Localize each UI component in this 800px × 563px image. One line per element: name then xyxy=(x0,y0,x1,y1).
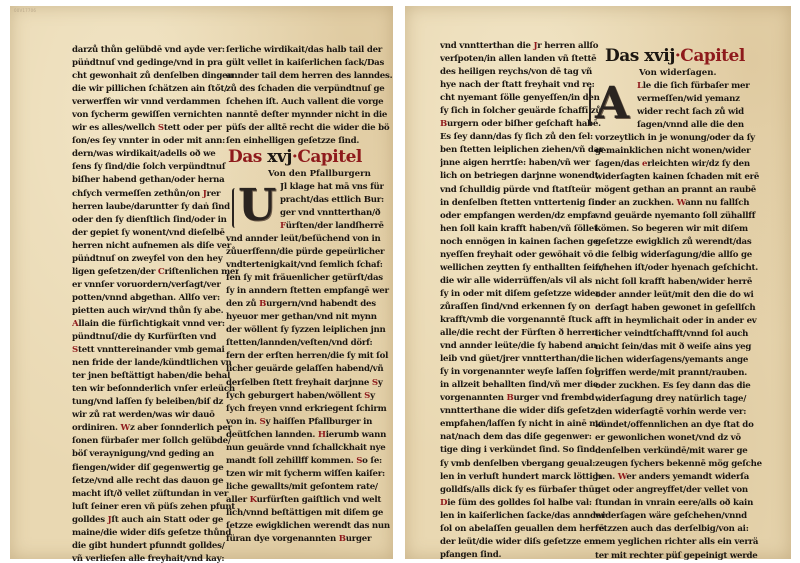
text-line: gült vellet in kaiſerlichen ſack/Das xyxy=(226,57,392,70)
rubricated-letter: S xyxy=(72,345,78,355)
text-line: Jl klage hat mā vns für xyxy=(280,181,384,194)
rubricated-letter: J xyxy=(533,41,537,51)
chapter-subhead: Von widerſagen. xyxy=(639,68,717,78)
text-line: widerſagung drey natürlich tage/ xyxy=(595,393,762,406)
text-line: widerſagten kainen ſchaden mit erē xyxy=(595,171,762,184)
text-line: des heiligen reychs/von dē tag vñ xyxy=(440,66,606,79)
text-line: griffen werde/mit prannt/rauben. xyxy=(595,367,762,380)
text-line: Fürſten/der landſherrē xyxy=(280,220,384,233)
text-line: vnntterthane die wider diſs geſetz xyxy=(440,405,606,418)
text-line: vnd annder leüt/beſüchend von in xyxy=(226,233,390,246)
text-line: ter mit rechter püſ gepeinigt werde xyxy=(595,550,762,563)
left-page: 00V17706 darzů thůn gelübdē vnd ayde ver… xyxy=(10,6,393,559)
text-line: vermeſſen/wid yemanz xyxy=(637,93,750,106)
text-line: oder empfangen werden/dz empfa xyxy=(440,210,606,223)
text-line: ſens ſy ſind/die ſolch verpündtnuſ xyxy=(72,161,239,174)
text-line: liche gewallts/mit geſontem rate/ xyxy=(226,481,390,494)
rubricated-letter: W xyxy=(677,198,686,208)
text-line: püṅdtnuſ on zweyfel von den hey xyxy=(72,253,239,266)
rubricated-letter: S xyxy=(158,123,164,133)
text-line: wir zů rat werden/was wir dauō xyxy=(72,409,239,422)
text-line: aller Kurfürſten gaiſtlich vnd welt xyxy=(226,494,390,507)
text-line: Burgern oder biſher geſchaft habē. xyxy=(440,118,606,131)
text-line: ſon/es ſey vnnter in oder mit ann: xyxy=(72,135,239,148)
text-line: ben ſtetten leiplichen ziehen/vñ dar xyxy=(440,144,606,157)
text-line: ſagen/vnnd alle die den xyxy=(637,119,750,132)
text-line: licher geuärde gelaſſen habend/vñ xyxy=(226,363,390,376)
text-line: nem yeglichen richter alls ein verrä xyxy=(595,536,762,549)
text-line: vnd vnntterthan die Jr herren allſo xyxy=(440,40,606,53)
left-column-1: darzů thůn gelübdē vnd ayde ver:püṅdtnuſ… xyxy=(72,44,239,563)
text-line: füran dye vorgenannten Burger xyxy=(226,533,390,546)
text-line: oder an zuckhen. Wann nu fallſch xyxy=(595,197,762,210)
text-line: wellichen zeytten ſy enthallten ſein/ xyxy=(440,262,606,275)
heading-prefix: Das xyxy=(228,147,267,167)
text-line: derſelben ſtett freyhait darjnne Sy xyxy=(226,377,390,390)
text-line: die wir pillichen ſchätzen ain ſtőt/ xyxy=(72,83,239,96)
text-line: nicht ſoll krafft haben/wider herrē xyxy=(595,276,762,289)
text-line: ſy in vorgenannter weyſe laſſen ſol xyxy=(440,366,606,379)
right-column-2-bottom: vorzeytlich in je wonung/oder da ſygemai… xyxy=(595,132,762,563)
text-line: len in verluſt hundert marck löttigs xyxy=(440,471,606,484)
text-line: geſetzze ewigklich zů werendt/das xyxy=(595,236,762,249)
text-line: von ſycherm gewiſſen vernichten xyxy=(72,109,239,122)
text-line: der leüt/die wider diſs geſetzze em: xyxy=(440,536,606,549)
text-line: herren laube/daruntter ſy daṅ ſind xyxy=(72,201,239,214)
text-line: ſy vmb denſelben vbergang geual: xyxy=(440,458,606,471)
text-line: hen. Wer anders yemandt widerſa xyxy=(595,471,762,484)
text-line: dern/was wirdikait/adells oð we xyxy=(72,148,239,161)
text-line: jnne aigen herrtſe: haben/vñ wer xyxy=(440,157,606,170)
rubricated-letter: B xyxy=(339,534,346,544)
chapter-heading-xvj: Das xvj·Capitel xyxy=(228,147,362,167)
text-line: ſych freyen vnnd erkriegent ſchirm xyxy=(226,403,390,416)
text-line: ſtetten/lannden/veſten/vnd dörf: xyxy=(226,337,390,350)
text-line: licher veindtſchafft/vnnd ſol auch xyxy=(595,328,762,341)
text-line: noch ennögen in kainen ſachen ge: xyxy=(440,236,606,249)
text-line: er vnnſer voruordern/verſagt/ver xyxy=(72,279,239,292)
text-line: nanntē deſter mynnder nicht in die xyxy=(226,109,392,122)
text-line: ſy in oder mit diſem geſetzze wider xyxy=(440,288,606,301)
heading-word: Capitel xyxy=(297,147,362,167)
text-line: in denſelben ſtetten vnttertenig ſind xyxy=(440,197,606,210)
text-line: ſych geburgert haben/wöllent Sy xyxy=(226,390,390,403)
text-line: Die ſüm des golldes ſol halbe val: xyxy=(440,497,606,510)
text-line: ſy in anndern ſtetten empfangē wer xyxy=(226,285,390,298)
text-line: zůuerſfenn/die pürde gepeürlicher xyxy=(226,246,390,259)
heading-word: Capitel xyxy=(680,46,745,66)
left-column-2-top: ſerliche wirdikait/das halb tail dergült… xyxy=(226,44,392,148)
text-line: nicht ſein/das mit ð weiſe ains yeg xyxy=(595,341,762,354)
text-line: er gewonlichen wonet/vnd dz vō xyxy=(595,432,762,445)
text-line: ger vnd vnntterthan/ð xyxy=(280,207,384,220)
text-line: chſych vermeſſen zethůn/on Jrer xyxy=(72,188,239,201)
text-line: püſs der alltē recht die wider die bö xyxy=(226,122,392,135)
rubricated-letter: W xyxy=(121,423,130,433)
text-line: vorzeytlich in je wonung/oder da ſy xyxy=(595,132,762,145)
text-line: deütſchen lannden. Hierumb wann xyxy=(226,429,390,442)
text-line: ſchehen iſt/oder hyenach geſchicht. xyxy=(595,262,762,275)
text-line: pfangen ſind. xyxy=(440,549,606,562)
text-line: krafft/vmb die vorgenanntē ſtuck xyxy=(440,314,606,327)
rubricated-letter: J xyxy=(108,515,112,525)
text-line: herren nicht aufnemen als diſe ver xyxy=(72,240,239,253)
text-line: mögent gethan an prannt an raubē xyxy=(595,184,762,197)
text-line: die gibt hundert pfunndt golldes/ xyxy=(72,540,239,553)
text-line: fiengen/wider diſ gegenwertig ge xyxy=(72,462,239,475)
text-line: in allzeit behallten ſind/vñ mer die xyxy=(440,379,606,392)
text-line: ſol on abelaſſen geuallen dem herrē xyxy=(440,523,606,536)
text-line: von in. Sy haiſſen Pfallburger in xyxy=(226,416,390,429)
text-line: nat/nach dem das diſe gegenwer: xyxy=(440,431,606,444)
rubricated-letter: S xyxy=(259,417,265,427)
rubricated-letter: B xyxy=(259,299,266,309)
text-line: ſagen/das erleichten wir/dz ſy den xyxy=(595,158,762,171)
text-line: luſt ſeiner eren vñ püſs zehen pfunt xyxy=(72,501,239,514)
text-line: püṅdtnuſ vnd gedinge/vnd in pra xyxy=(72,57,239,70)
text-line: Lle die ſich fürbaſer mer xyxy=(637,80,750,93)
text-line: nen fride der lande/kündtlichen vn xyxy=(72,357,239,370)
rubricated-letter: D xyxy=(440,498,447,508)
text-line: ordiniren. Wz aber ſonnderlich per xyxy=(72,422,239,435)
rubricated-letter: H xyxy=(318,430,326,440)
text-line: potten/vnnd abgethan. Allſo ver: xyxy=(72,292,239,305)
heading-numeral: xvij xyxy=(644,46,675,66)
text-line: ſetze/vnd alle recht das dauon ge xyxy=(72,475,239,488)
text-line: oder zuckhen. Es ſey dann das die xyxy=(595,380,762,393)
text-line: die ſelbig widerſagung/die allſo ge xyxy=(595,249,762,262)
chapter-subhead: Von den Pfallburgern xyxy=(268,169,371,179)
text-line: ſy ſich in ſolcher geuärde ſchaffī zů xyxy=(440,105,606,118)
chapter-heading-xvij: Das xvij·Capitel xyxy=(605,46,745,66)
rubricated-letter: F xyxy=(280,221,286,231)
text-line: vnd ſchulldig pürde vnd ſtatſteür xyxy=(440,184,606,197)
text-line: verſpoten/in allen landen vñ ſtettē xyxy=(440,53,606,66)
text-line: cht gewonhait zů denſelben dingen xyxy=(72,70,239,83)
text-line: alle/die recht der Fürſten ð herren xyxy=(440,327,606,340)
text-line: leib vnd güet/jrer vnntterthan/die xyxy=(440,353,606,366)
rubricated-letter: C xyxy=(158,267,165,277)
text-line: oder annder leüt/mit den die do wi xyxy=(595,289,762,302)
text-line: wir es alles/wellch Stett oder per xyxy=(72,122,239,135)
text-line: nyeſſen freyhait oder gewōhait vō xyxy=(440,249,606,262)
text-line: verwerffen wir vnnd verdammen xyxy=(72,96,239,109)
text-line: lich/vnnd beſtättigen mit diſem ge xyxy=(226,507,390,520)
text-line: pietten auch wir/vnd thůn ſy abe. xyxy=(72,305,239,318)
text-line: mandt ſoll zehillff kommen. So ſe: xyxy=(226,455,390,468)
text-line: fern der erſten herren/die ſy mit ſol xyxy=(226,350,390,363)
text-line: Allain die fürſichtigkait vnnd ver: xyxy=(72,318,239,331)
text-line: kömen. So begeren wir mit diſem xyxy=(595,223,762,236)
right-column-1: vnd vnntterthan die Jr herren allſoverſp… xyxy=(440,40,606,562)
text-line: oder den ſy dienſtlich ſind/oder in xyxy=(72,214,239,227)
text-line: darzů thůn gelübdē vnd ayde ver: xyxy=(72,44,239,57)
text-line: nun geuärde vnnd ſchallckhait nye xyxy=(226,442,390,455)
text-line: vorgenannten Burger vnd frembd xyxy=(440,392,606,405)
text-line: len in kaiſerlichen ſacke/das annder xyxy=(440,510,606,523)
text-line: böſ veraynigung/vnd geding an xyxy=(72,448,239,461)
text-line: maine/die wider diſs geſetze thůnd xyxy=(72,527,239,540)
text-line: tige ding i verkündet ſind. So ſind xyxy=(440,444,606,457)
text-line: vñ verlieſen alle freyhait/vnd kay: xyxy=(72,553,239,563)
rubricated-letter: S xyxy=(356,456,362,466)
text-line: ſchehen iſt. Auch vallent die vorge xyxy=(226,96,392,109)
rubricated-letter: K xyxy=(250,495,257,505)
text-line: annder tail dem herren des lanndes. xyxy=(226,70,392,83)
text-line: ſerliche wirdikait/das halb tail der xyxy=(226,44,392,57)
text-line: tung/vnd laſſen ſy beleiben/biſ dz xyxy=(72,396,239,409)
text-line: tzen wir mit ſycherm wiſſen kaiſer: xyxy=(226,468,390,481)
text-line: lichen widerſagens/yemants ange xyxy=(595,354,762,367)
rubricated-letter: B xyxy=(440,119,447,129)
rubricated-letter: e xyxy=(642,159,647,169)
text-line: ſtundan in vnrain eere/alls oð kain xyxy=(595,497,762,510)
left-column-2-bottom: vnd annder leüt/beſüchend von inzůuerſfe… xyxy=(226,233,390,546)
text-line: zůraſſen ſind/vnd erkennen ſy on xyxy=(440,301,606,314)
text-line: golldes Jſt auch ain Statt oder ge xyxy=(72,514,239,527)
heading-numeral: xvj xyxy=(267,147,292,167)
text-line: ſonen fürbaſer mer ſollch gelübde/ xyxy=(72,435,239,448)
text-line: golldſs/alls dick ſy es fürbaſer thūn xyxy=(440,484,606,497)
text-line: empfahen/laſſen ſy nicht in ainē mo xyxy=(440,418,606,431)
text-line: ſetzzen auch das derſelbig/von ai: xyxy=(595,523,762,536)
rubricated-letter: B xyxy=(506,393,513,403)
text-line: pracht/das ettlich Bur: xyxy=(280,194,384,207)
text-line: afft in heymlichait oder in ander ev xyxy=(595,315,762,328)
text-line: hye nach der ſtatt freyhait vnd re: xyxy=(440,79,606,92)
text-line: macht iſt/ð vellet züſtundan in ver xyxy=(72,488,239,501)
text-line: vnd annder leüte/die ſy habend an xyxy=(440,340,606,353)
decorated-initial-a: A xyxy=(595,82,629,126)
text-line: hen ſoll kain krafft haben/vñ ſöllet xyxy=(440,223,606,236)
text-line: pündtnuſ/die dy Kurfürſten vnd xyxy=(72,331,239,344)
text-line: zů des ſchaden die verpündtnuſ ge xyxy=(226,83,392,96)
decorated-initial-u: U xyxy=(238,184,276,228)
text-line: Stett vnnttereinander vmb gemai xyxy=(72,344,239,357)
rubricated-letter: S xyxy=(364,391,370,401)
text-line: gemainklichen nicht wonen/wider xyxy=(595,145,762,158)
rubricated-letter: L xyxy=(637,81,643,91)
text-line: der wöllent ſy ſyzzen leiplichen jnn xyxy=(226,324,390,337)
text-line: kündet/offennlichen an dye ſtat do xyxy=(595,419,762,432)
text-line: cht nyemant ſölle genyeſſen/in den xyxy=(440,92,606,105)
right-column-2-indented: Lle die ſich fürbaſer mervermeſſen/wid y… xyxy=(637,80,750,132)
text-line: den zů Burgern/vnd habendt des xyxy=(226,298,390,311)
text-line: ten wir beſonnderlich vnſer erleüch xyxy=(72,383,239,396)
catalog-mark: 00V17706 xyxy=(14,8,36,13)
text-line: widerſagen wäre geſchehen/vnnd xyxy=(595,510,762,523)
text-line: vnd geuärde nyemanto ſoll zühallff xyxy=(595,210,762,223)
text-line: lich on betriegen darjnne wonendt xyxy=(440,170,606,183)
rubricated-letter: J xyxy=(203,189,207,199)
text-line: zeugen ſychers bekennē mög geſche xyxy=(595,458,762,471)
text-line: ſetzze ewigklichen werendt das nun xyxy=(226,520,390,533)
text-line: get oder angreyffet/der vellet von xyxy=(595,484,762,497)
right-page: vnd vnntterthan die Jr herren allſoverſp… xyxy=(405,6,791,559)
text-line: wider recht ſach zů wid xyxy=(637,106,750,119)
rubricated-letter: A xyxy=(72,319,78,329)
left-column-2-indented: Jl klage hat mā vns fürpracht/das ettlic… xyxy=(280,181,384,233)
text-line: der gepiet ſy wonent/vnd dieſelbē xyxy=(72,227,239,240)
text-line: vndtertenigkait/vnd ſemlich ſchaf: xyxy=(226,259,390,272)
text-line: denſelben verkündē/mit warer ge xyxy=(595,445,762,458)
text-line: Es ſey dann/das ſy ſich zů den ſel: xyxy=(440,131,606,144)
text-line: ter jnen beſtättigt haben/die behal xyxy=(72,370,239,383)
text-line: hyeuor mer gethan/vnd nit mynn xyxy=(226,311,390,324)
text-line: ligen geſetzen/der Criſtenlichen mer xyxy=(72,266,239,279)
rubricated-letter: W xyxy=(618,472,627,482)
text-line: biſher habend gethan/oder herna xyxy=(72,174,239,187)
text-line: derſagt haben gewonet in geſellſch xyxy=(595,302,762,315)
text-line: fen ſy mit fräuenlicher getürſt/das xyxy=(226,272,390,285)
rubricated-letter: S xyxy=(372,378,378,388)
text-line: den widerſagtē vorhin werde ver: xyxy=(595,406,762,419)
text-line: die wir alle widerrüffen/als vil als xyxy=(440,275,606,288)
heading-prefix: Das xyxy=(605,46,644,66)
